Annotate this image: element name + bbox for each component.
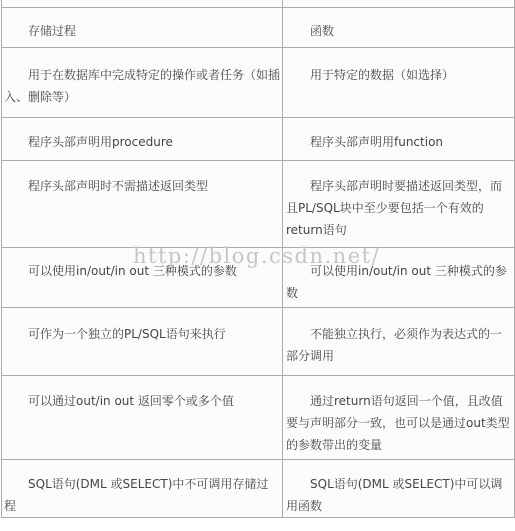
table-row-purpose: 用于在数据库中完成特定的操作或者任务（如插入、删除等） 用于特定的数据（如选择） — [2, 48, 515, 118]
cell-declaration-function: 程序头部声明用function — [283, 118, 515, 161]
table-row-return-values: 可以通过out/in out 返回零个或多个值 通过return语句返回一个值，… — [2, 376, 515, 460]
csdn-blog-watermark: http://blog.csdn.net/ — [133, 244, 380, 268]
cell-return-type-procedure: 程序头部声明时不需描述返回类型 — [2, 161, 283, 248]
table-row-sql-callable: SQL语句(DML 或SELECT)中不可调用存储过程 SQL语句(DML 或S… — [2, 460, 515, 518]
cell-return-values-function: 通过return语句返回一个值，且改值要与声明部分一致，也可以是通过out类型的… — [283, 376, 515, 460]
cell-execution-function: 不能独立执行，必须作为表达式的一部分调用 — [283, 308, 515, 376]
cell-purpose-function: 用于特定的数据（如选择） — [283, 48, 515, 118]
table-row-declaration-keyword: 程序头部声明用procedure 程序头部声明用function — [2, 118, 515, 161]
cell-declaration-procedure: 程序头部声明用procedure — [2, 118, 283, 161]
header-row: 存储过程 函数 — [2, 8, 515, 48]
cell-return-type-function: 程序头部声明时要描述返回类型，而且PL/SQL块中至少要包括一个有效的retur… — [283, 161, 515, 248]
cell-sql-callable-function: SQL语句(DML 或SELECT)中可以调用函数 — [283, 460, 515, 518]
clipped-cell-left — [2, 0, 283, 8]
clipped-top-row — [2, 0, 515, 8]
table-row-return-type: 程序头部声明时不需描述返回类型 程序头部声明时要描述返回类型，而且PL/SQL块… — [2, 161, 515, 248]
cell-return-values-procedure: 可以通过out/in out 返回零个或多个值 — [2, 376, 283, 460]
cell-execution-procedure: 可作为一个独立的PL/SQL语句来执行 — [2, 308, 283, 376]
screenshot-root: http://blog.csdn.net/ 存储过程 函数 用于在数据库中完成特… — [0, 0, 515, 531]
clipped-cell-right — [283, 0, 515, 8]
table-row-execution: 可作为一个独立的PL/SQL语句来执行 不能独立执行，必须作为表达式的一部分调用 — [2, 308, 515, 376]
column-header-stored-procedure: 存储过程 — [2, 8, 283, 48]
cell-purpose-procedure: 用于在数据库中完成特定的操作或者任务（如插入、删除等） — [2, 48, 283, 118]
cell-sql-callable-procedure: SQL语句(DML 或SELECT)中不可调用存储过程 — [2, 460, 283, 518]
column-header-function: 函数 — [283, 8, 515, 48]
